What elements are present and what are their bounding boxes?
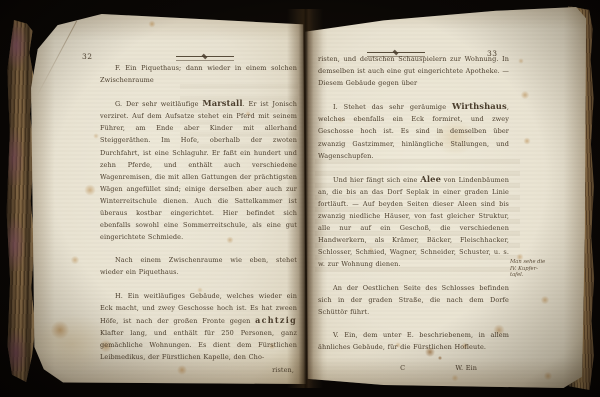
header-ornament — [176, 56, 234, 61]
paragraph: H. Ein weitläufiges Gebäude, welches wie… — [100, 290, 297, 364]
text-run: G. Der sehr weitläufige — [115, 100, 202, 108]
text-run: I. Stehet das sehr geräumige — [333, 103, 452, 111]
left-page-number: 32 — [82, 52, 93, 61]
text-run: An der Oestlichen Seite des Schlosses be… — [318, 284, 509, 316]
paragraph: F. Ein Piquethaus; dann wieder in einem … — [100, 62, 297, 86]
paragraph: risten, und deutschen Schauspielern zur … — [318, 53, 509, 89]
paragraph: G. Der sehr weitläufige Marstall. Er ist… — [100, 97, 297, 243]
text-run: Und hier fängt sich eine — [333, 176, 420, 184]
right-catchword: W. Ein — [455, 362, 477, 374]
right-page-text-block: risten, und deutschen Schauspielern zur … — [318, 53, 509, 373]
paragraph: Nach einem Zwischenraume wie eben, stehe… — [100, 254, 297, 278]
text-run: Wirthshaus — [452, 101, 507, 111]
book-gutter — [287, 9, 323, 388]
text-run: F. Ein Piquethaus; dann wieder in einem … — [100, 64, 297, 84]
right-page: 33 risten, und deutschen Schauspielern z… — [305, 7, 586, 388]
text-run: Alee — [420, 174, 441, 184]
text-run: Nach einem Zwischenraume wie eben, stehe… — [100, 256, 297, 276]
book-fore-edge-left — [5, 20, 37, 382]
text-run: V. Ein, dem unter E. beschriebenem, in a… — [318, 331, 509, 351]
margin-note: Man sehe dieIV. Kupfer-tafel. — [510, 259, 546, 279]
text-run: . Er ist Jonisch verziret. Auf dem Aufsa… — [100, 100, 297, 241]
paragraph: An der Oestlichen Seite des Schlosses be… — [318, 282, 509, 318]
text-run: Klafter lang, und enthält für 250 Person… — [100, 329, 297, 361]
left-page-text-block: F. Ein Piquethaus; dann wieder in einem … — [100, 62, 297, 376]
right-page-paragraphs: risten, und deutschen Schauspielern zur … — [318, 53, 509, 353]
paragraph: I. Stehet das sehr geräumige Wirthshaus,… — [318, 100, 509, 161]
signature-row: C W. Ein — [318, 362, 509, 373]
text-run: von Lindenbäumen an, die bis an das Dorf… — [318, 176, 509, 269]
margin-note-line: tafel. — [510, 272, 546, 279]
signature-mark: C — [400, 362, 405, 374]
text-run: , welches ebenfalls ein Eck formiret, un… — [318, 103, 509, 159]
text-run: Marstall — [202, 98, 242, 108]
paragraph: V. Ein, dem unter E. beschriebenem, in a… — [318, 329, 509, 353]
text-run: risten, und deutschen Schauspielern zur … — [318, 55, 509, 87]
margin-note-line: Man sehe die — [510, 259, 546, 266]
left-page-paragraphs: F. Ein Piquethaus; dann wieder in einem … — [100, 62, 297, 363]
photo-background: 32 F. Ein Piquethaus; dann wieder in ein… — [0, 0, 600, 397]
left-page: 32 F. Ein Piquethaus; dann wieder in ein… — [30, 14, 306, 384]
paragraph: Und hier fängt sich eine Alee von Linden… — [318, 173, 509, 271]
margin-note-line: IV. Kupfer- — [510, 266, 546, 273]
left-catchword: risten, — [100, 364, 297, 376]
